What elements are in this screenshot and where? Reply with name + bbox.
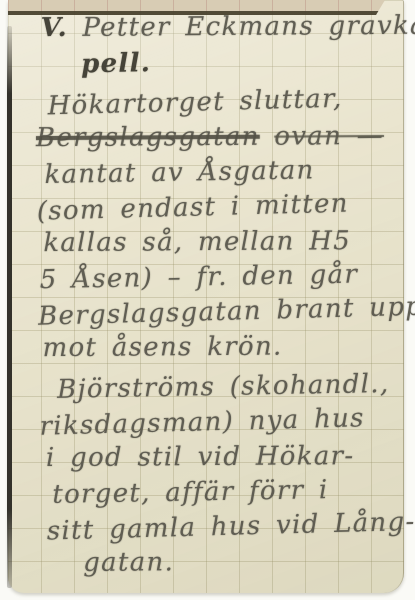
handwriting-line: kallas så, mellan H5 bbox=[37, 224, 398, 261]
notebook-page: V. Petter Eckmans gravka-pell.Hökartorge… bbox=[8, 0, 404, 593]
handwriting-word: kantat av Åsgatan bbox=[44, 155, 315, 190]
handwriting-word: V. bbox=[41, 13, 68, 43]
photo-of-notebook-page: V. Petter Eckmans gravka-pell.Hökartorge… bbox=[0, 0, 415, 600]
handwriting-word-struck: ovan — bbox=[274, 121, 384, 152]
handwriting-word: Björströms (skohandl., bbox=[57, 369, 390, 405]
handwriting-line: gatan. bbox=[41, 544, 402, 581]
page-binding-edge bbox=[7, 26, 12, 588]
handwriting-line: mot åsens krön. bbox=[38, 329, 399, 366]
handwriting-word: (som endast i mitten bbox=[37, 189, 350, 227]
handwriting-line: Hökartorget sluttar, bbox=[35, 80, 397, 124]
handwriting-word: pell. bbox=[81, 48, 152, 79]
handwriting-word bbox=[260, 122, 275, 152]
handwriting-word: i god stil vid Hökar- bbox=[46, 441, 355, 473]
handwriting-word-struck: Bergslagsgatan bbox=[36, 122, 260, 153]
handwriting-word: kallas så, mellan H5 bbox=[43, 226, 351, 258]
handwriting-word: gatan. bbox=[83, 547, 174, 578]
previous-page-edge bbox=[8, 0, 385, 15]
handwriting-line: i god stil vid Hökar- bbox=[40, 439, 401, 476]
handwriting-line: pell. bbox=[35, 42, 397, 83]
handwriting-word: mot åsens krön. bbox=[42, 332, 282, 363]
handwriting-word: Petter Eckmans gravka- bbox=[68, 11, 415, 43]
handwriting-word: torget, affär förr i bbox=[52, 475, 329, 510]
handwriting-text: V. Petter Eckmans gravka-pell.Hökartorge… bbox=[34, 8, 402, 595]
handwriting-word: sitt gamla hus vid Lång- bbox=[46, 507, 415, 547]
handwriting-word: Bergslagsgatan brant upp bbox=[38, 292, 415, 332]
handwriting-word: Hökartorget sluttar, bbox=[47, 84, 343, 122]
handwriting-word: 5 Åsen) – fr. den går bbox=[39, 260, 358, 296]
handwriting-line: Bergslagsgatan ovan — bbox=[36, 119, 397, 156]
handwriting-word: riksdagsman) nya hus bbox=[39, 403, 365, 442]
